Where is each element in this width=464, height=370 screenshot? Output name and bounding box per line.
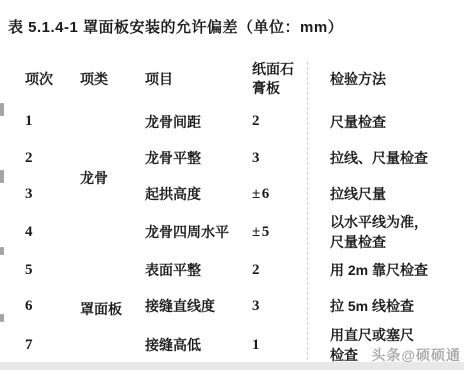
row4-tolerance: ±5 [245, 212, 325, 252]
category-longgu: 龙骨 [70, 103, 140, 252]
scan-artifact [0, 247, 4, 255]
row4-item: 龙骨四周水平 [140, 212, 245, 252]
row1-tolerance: 2 [245, 103, 325, 140]
row1-method: 尺量检查 [325, 103, 464, 140]
header-item: 项目 [140, 55, 245, 103]
row2-item: 龙骨平整 [140, 140, 245, 176]
scanned-document-page: 表 5.1.4-1 罩面板安装的允许偏差（单位：mm） 项次 项类 项目 纸面石… [0, 0, 464, 370]
row2-tolerance: 3 [245, 140, 325, 176]
row6-tolerance: 3 [245, 288, 325, 324]
row5-no: 5 [0, 252, 70, 288]
row7-no: 7 [0, 324, 70, 366]
row5-tolerance: 2 [245, 252, 325, 288]
row7-tolerance: 1 [245, 324, 325, 366]
row2-no: 2 [0, 140, 70, 176]
row3-method: 拉线尺量 [325, 176, 464, 212]
row3-item: 起拱高度 [140, 176, 245, 212]
row4-no: 4 [0, 212, 70, 252]
row6-no: 6 [0, 288, 70, 324]
row3-tolerance: ±6 [245, 176, 325, 212]
table-title: 表 5.1.4-1 罩面板安装的允许偏差（单位：mm） [8, 16, 343, 37]
header-category: 项类 [70, 55, 140, 103]
row5-method: 用 2m 靠尺检查 [325, 252, 464, 288]
scan-artifact [0, 170, 4, 183]
row1-no: 1 [0, 103, 70, 140]
scan-artifact [0, 103, 4, 116]
scan-artifact [0, 314, 4, 322]
row6-item: 接缝直线度 [140, 288, 245, 324]
row6-method: 拉 5m 线检查 [325, 288, 464, 324]
row3-no: 3 [0, 176, 70, 212]
header-method: 检验方法 [325, 55, 464, 103]
category-zhaomianban: 罩面板 [70, 252, 140, 366]
column-divider-line [307, 62, 308, 360]
row5-item: 表面平整 [140, 252, 245, 288]
header-board: 纸面石 膏板 [245, 55, 325, 103]
row2-method: 拉线、尺量检查 [325, 140, 464, 176]
row7-item: 接缝高低 [140, 324, 245, 366]
header-index: 项次 [0, 55, 70, 103]
deviation-table: 项次 项类 项目 纸面石 膏板 检验方法 龙骨 罩面板 1 龙骨间距 2 尺量检… [0, 55, 464, 366]
row1-item: 龙骨间距 [140, 103, 245, 140]
row4-method: 以水平线为准， 尺量检查 [325, 212, 464, 252]
toutiao-watermark: 头条@硕硕通 [371, 345, 461, 365]
